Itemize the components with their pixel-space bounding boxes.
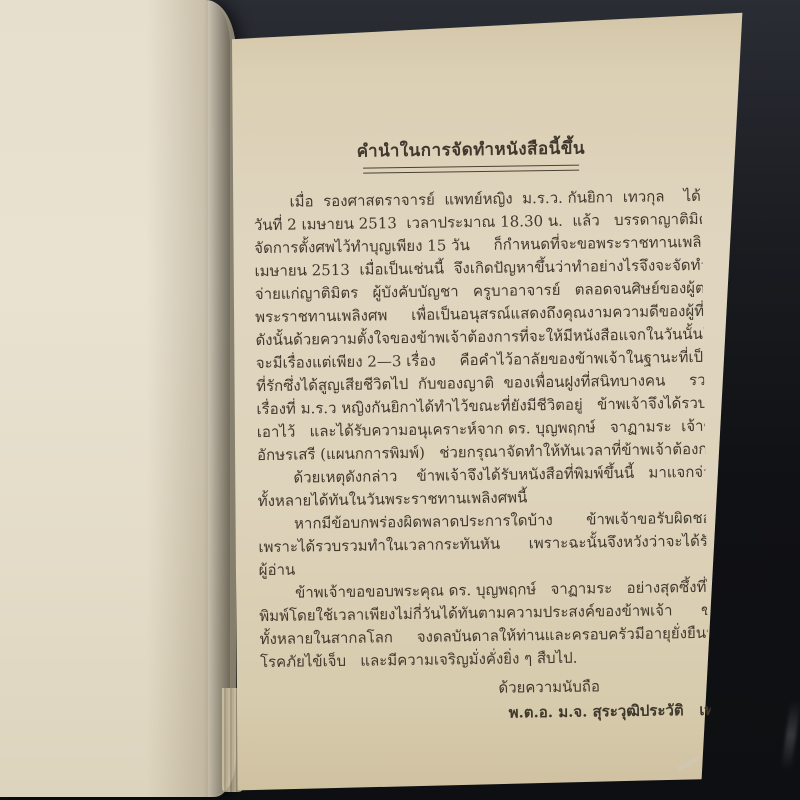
title-underline bbox=[363, 165, 579, 174]
valediction: ด้วยความนับถือ bbox=[498, 674, 600, 699]
book-photo: คำนำในการจัดทำหนังสือนี้ขึ้น เมื่อ รองศา… bbox=[0, 0, 800, 800]
text-line: โรคภัยไข้เจ็บ และมีความเจริญมั่งคั่งยิ่ง… bbox=[260, 645, 708, 674]
book-gutter bbox=[208, 0, 230, 797]
page-title-wrap: คำนำในการจัดทำหนังสือนี้ขึ้น bbox=[251, 133, 691, 175]
page-text: คำนำในการจัดทำหนังสือนี้ขึ้น เมื่อ รองศา… bbox=[251, 133, 712, 759]
page-title: คำนำในการจัดทำหนังสือนี้ขึ้น bbox=[357, 135, 586, 165]
table-reflection bbox=[781, 700, 800, 771]
signature: พ.ต.อ. ม.จ. สุระวุฒิประวัติ เทวกุล bbox=[509, 697, 712, 724]
left-page bbox=[0, 0, 236, 797]
body-text: เมื่อ รองศาสตราจารย์ แพทย์หญิง ม.ร.ว. กั… bbox=[253, 185, 708, 674]
